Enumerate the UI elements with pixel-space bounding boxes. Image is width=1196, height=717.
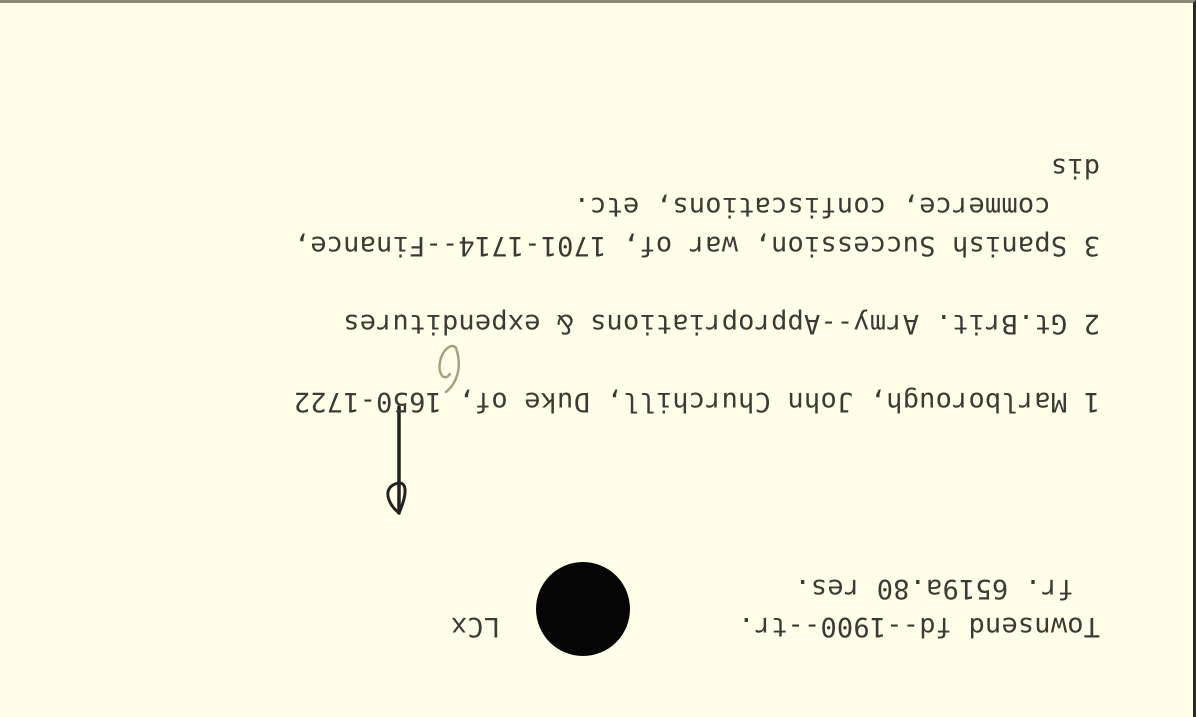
- imprint: fr. 6519a.80 res.: [794, 575, 1074, 602]
- tracing-3: 3 Spanish Succession, war of, 1701-1714-…: [294, 232, 1100, 259]
- main-entry: Townsend fd--1900--tr.: [738, 613, 1100, 640]
- tracing-2: 2 Gt.Brit. Army--Appropriations & expend…: [343, 310, 1100, 337]
- call-number: LCx: [451, 613, 500, 640]
- tracing-1: 1 Marlborough, John Churchill, Duke of, …: [294, 388, 1100, 415]
- tracing-3-continued: commerce, confiscations, etc.: [573, 193, 1100, 220]
- punch-hole: [536, 562, 630, 656]
- card-content-rotated: Townsend fd--1900--tr. LCx fr. 6519a.80 …: [0, 3, 1196, 717]
- note-dis: dis: [1051, 154, 1100, 181]
- catalog-card: Townsend fd--1900--tr. LCx fr. 6519a.80 …: [0, 0, 1196, 717]
